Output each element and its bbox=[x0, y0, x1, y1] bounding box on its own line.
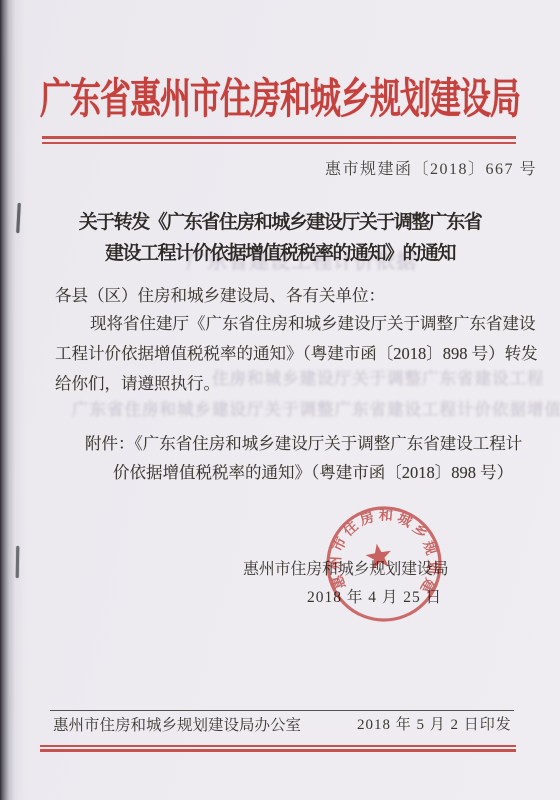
official-seal: 惠州市住房和城乡规划建设局 bbox=[304, 484, 464, 644]
seal-star-icon bbox=[366, 544, 391, 569]
document-number: 惠市规建函〔2018〕667 号 bbox=[325, 162, 537, 178]
document-page: 广东省惠州市住房和城乡规划建设局 惠市规建函〔2018〕667 号 广东省建设工… bbox=[0, 0, 560, 800]
bleed-through-text: 住房和城乡建设厅关于调整广东省建设工程 bbox=[212, 371, 545, 388]
rule-thick bbox=[40, 749, 516, 752]
footer-issuing-office: 惠州市住房和城乡规划建设局办公室 bbox=[53, 718, 301, 734]
letterhead-double-rule bbox=[42, 136, 516, 144]
svg-text:惠州市住房和城乡规划建设局: 惠州市住房和城乡规划建设局 bbox=[304, 484, 442, 599]
page-left-edge-shadow bbox=[0, 0, 26, 800]
letterhead-agency-title: 广东省惠州市住房和城乡规划建设局 bbox=[30, 78, 530, 120]
footer-double-rule bbox=[40, 745, 516, 752]
attachment-line: 价依据增值税税率的通知》（粤建市函〔2018〕898 号） bbox=[113, 465, 513, 482]
notice-title-line2: 建设工程计价依据增值税税率的通知》的通知 bbox=[0, 238, 560, 269]
body-line: 现将省住建厅《广东省住房和城乡建设厅关于调整广东省建设 bbox=[90, 316, 536, 333]
notice-title-line1: 关于转发《广东省住房和城乡建设厅关于调整广东省 bbox=[0, 207, 560, 238]
notice-title: 关于转发《广东省住房和城乡建设厅关于调整广东省 建设工程计价依据增值税税率的通知… bbox=[0, 207, 560, 269]
attachment-line: 附件：《广东省住房和城乡建设厅关于调整广东省建设工程计 bbox=[85, 436, 522, 453]
rule-thin bbox=[42, 142, 516, 144]
seal-text: 惠州市住房和城乡规划建设局 bbox=[304, 484, 442, 599]
body-line: 工程计价依据增值税税率的通知》（粤建市函〔2018〕898 号）转发 bbox=[55, 346, 538, 363]
body-line: 给你们，请遵照执行。 bbox=[55, 376, 220, 393]
bleed-through-text: 广东省住房和城乡建设厅关于调整广东省建设工程计价依据增值 bbox=[72, 402, 560, 419]
salutation: 各县（区）住房和城乡建设局、各有关单位： bbox=[55, 288, 385, 305]
footer-print-date: 2018 年 5 月 2 日印发 bbox=[357, 718, 512, 733]
footer-top-rule bbox=[50, 710, 514, 711]
